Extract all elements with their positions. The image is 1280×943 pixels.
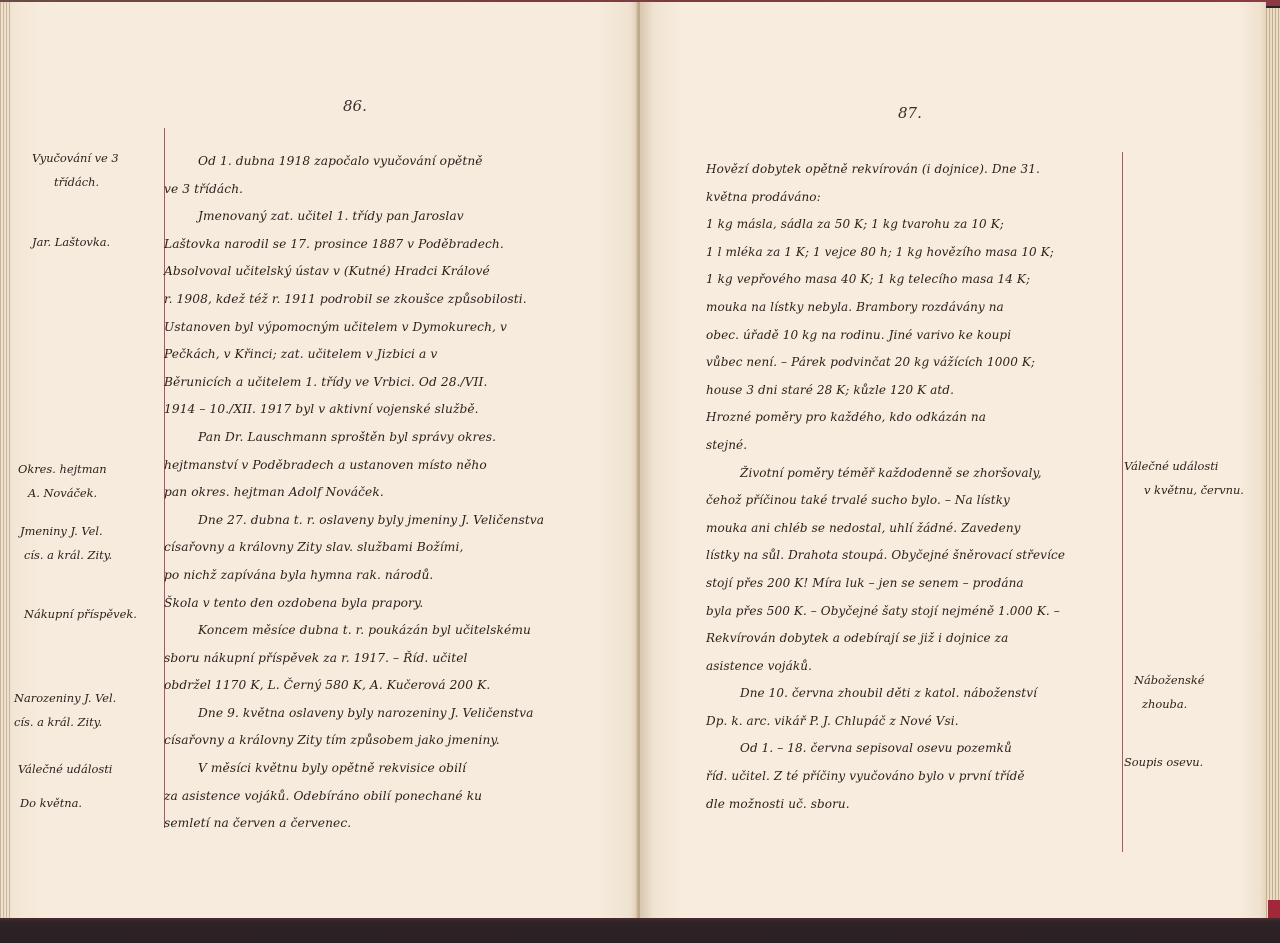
text-line: po nichž zapívána byla hymna rak. národů…: [164, 562, 544, 590]
text-line: říd. učitel. Z té příčiny vyučováno bylo…: [706, 763, 1065, 791]
margin-note: Soupis osevu.: [1124, 750, 1203, 774]
text-line: sboru nákupní příspěvek za r. 1917. – Ří…: [164, 645, 544, 673]
book-bottom-edge: [0, 918, 1280, 943]
text-line: Škola v tento den ozdobena byla prapory.: [164, 590, 544, 618]
text-line: 1 kg másla, sádla za 50 K; 1 kg tvarohu …: [706, 211, 1065, 239]
text-line: Koncem měsíce dubna t. r. poukázán byl u…: [164, 617, 544, 645]
margin-note: Náboženské zhouba.: [1134, 668, 1204, 716]
right-page-body: Hovězí dobytek opětně rekvírován (i dojn…: [706, 156, 1065, 818]
text-line: císařovny a královny Zity tím způsobem j…: [164, 727, 544, 755]
text-line: Životní poměry téměř každodenně se zhorš…: [706, 460, 1065, 488]
text-line: Od 1. dubna 1918 započalo vyučování opět…: [164, 148, 544, 176]
text-line: house 3 dni staré 28 K; kůzle 120 K atd.: [706, 377, 1065, 405]
text-line: mouka ani chléb se nedostal, uhlí žádné.…: [706, 515, 1065, 543]
page-number: 86.: [343, 97, 367, 115]
text-line: čehož příčinou také trvalé sucho bylo. –…: [706, 487, 1065, 515]
text-line: obdržel 1170 K, L. Černý 580 K, A. Kučer…: [164, 672, 544, 700]
text-line: semletí na červen a červenec.: [164, 810, 544, 838]
text-line: císařovny a královny Zity slav. službami…: [164, 534, 544, 562]
text-line: ve 3 třídách.: [164, 176, 544, 204]
text-line: 1 kg vepřového masa 40 K; 1 kg telecího …: [706, 266, 1065, 294]
page-stack-right: [1266, 8, 1280, 926]
text-line: Pečkách, v Křinci; zat. učitelem v Jizbi…: [164, 341, 544, 369]
margin-note: Jar. Laštovka.: [32, 230, 110, 254]
text-line: obec. úřadě 10 kg na rodinu. Jiné varivo…: [706, 322, 1065, 350]
text-line: května prodáváno:: [706, 184, 1065, 212]
text-line: dle možnosti uč. sboru.: [706, 791, 1065, 819]
text-line: Běrunicích a učitelem 1. třídy ve Vrbici…: [164, 369, 544, 397]
text-line: V měsíci květnu byly opětně rekvisice ob…: [164, 755, 544, 783]
text-line: asistence vojáků.: [706, 653, 1065, 681]
margin-note: Narozeniny J. Vel. cís. a král. Zity.: [14, 686, 116, 734]
text-line: stejné.: [706, 432, 1065, 460]
margin-note: Okres. hejtman A. Nováček.: [18, 457, 107, 505]
text-line: Jmenovaný zat. učitel 1. třídy pan Jaros…: [164, 203, 544, 231]
text-line: r. 1908, kdež též r. 1911 podrobil se zk…: [164, 286, 544, 314]
margin-note: Nákupní příspěvek.: [24, 602, 137, 626]
text-line: za asistence vojáků. Odebíráno obilí pon…: [164, 783, 544, 811]
text-line: Pan Dr. Lauschmann sproštěn byl správy o…: [164, 424, 544, 452]
text-line: 1914 – 10./XII. 1917 byl v aktivní vojen…: [164, 396, 544, 424]
text-line: Dne 9. května oslaveny byly narozeniny J…: [164, 700, 544, 728]
text-line: Hovězí dobytek opětně rekvírován (i dojn…: [706, 156, 1065, 184]
margin-note: Vyučování ve 3 třídách.: [32, 146, 119, 194]
margin-rule-right-page: [1122, 152, 1123, 852]
text-line: mouka na lístky nebyla. Brambory rozdává…: [706, 294, 1065, 322]
text-line: hejtmanství v Poděbradech a ustanoven mí…: [164, 452, 544, 480]
margin-note: Válečné události v květnu, červnu.: [1124, 454, 1244, 502]
text-line: Hrozné poměry pro každého, kdo odkázán n…: [706, 404, 1065, 432]
left-page: 86. Vyučování ve 3 třídách. Jar. Laštovk…: [0, 2, 638, 924]
text-line: pan okres. hejtman Adolf Nováček.: [164, 479, 544, 507]
text-line: Dne 10. června zhoubil děti z katol. náb…: [706, 680, 1065, 708]
margin-note: Válečné události: [18, 757, 112, 781]
left-page-body: Od 1. dubna 1918 započalo vyučování opět…: [164, 148, 544, 838]
right-page: 87. Válečné události v květnu, červnu. N…: [640, 2, 1266, 927]
text-line: Laštovka narodil se 17. prosince 1887 v …: [164, 231, 544, 259]
text-line: Absolvoval učitelský ústav v (Kutné) Hra…: [164, 258, 544, 286]
page-number: 87.: [898, 104, 922, 122]
text-line: 1 l mléka za 1 K; 1 vejce 80 h; 1 kg hov…: [706, 239, 1065, 267]
margin-note: Jmeniny J. Vel. cís. a král. Zity.: [20, 519, 112, 567]
open-book-spread: 86. Vyučování ve 3 třídách. Jar. Laštovk…: [0, 0, 1280, 943]
text-line: stojí přes 200 K! Míra luk – jen se sene…: [706, 570, 1065, 598]
text-line: Dp. k. arc. vikář P. J. Chlupáč z Nové V…: [706, 708, 1065, 736]
text-line: Rekvírován dobytek a odebírají se již i …: [706, 625, 1065, 653]
text-line: vůbec není. – Párek podvinčat 20 kg váží…: [706, 349, 1065, 377]
text-line: lístky na sůl. Drahota stoupá. Obyčejné …: [706, 542, 1065, 570]
text-line: byla přes 500 K. – Obyčejné šaty stojí n…: [706, 598, 1065, 626]
margin-note: Do května.: [20, 791, 82, 815]
text-line: Dne 27. dubna t. r. oslaveny byly jmenin…: [164, 507, 544, 535]
page-stack-left: [0, 2, 10, 924]
text-line: Od 1. – 18. června sepisoval osevu pozem…: [706, 735, 1065, 763]
text-line: Ustanoven byl výpomocným učitelem v Dymo…: [164, 314, 544, 342]
